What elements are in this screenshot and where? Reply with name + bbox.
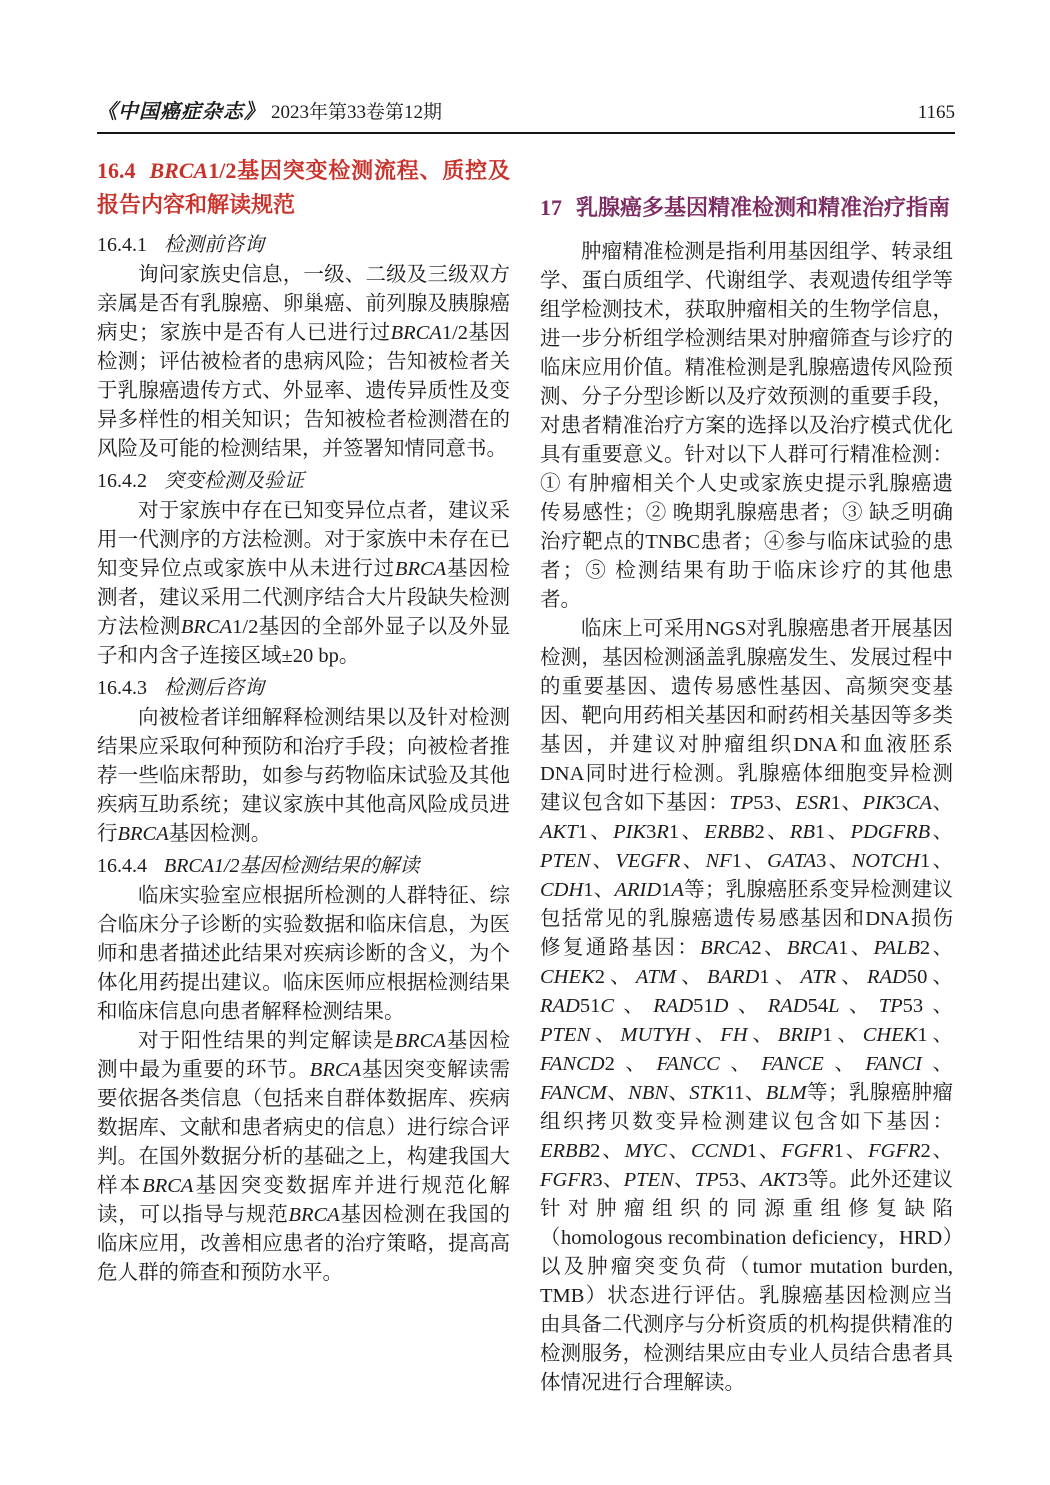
paragraph-17-a: 肿瘤精准检测是指利用基因组学、转录组学、蛋白质组学、代谢组学、表观遗传组学等组学…: [540, 238, 953, 615]
issue-info: 2023年第33卷第12期: [271, 102, 442, 123]
section-16-4-2-title: 突变检测及验证: [164, 470, 304, 492]
section-16-4-4-heading: 16.4.4BRCA1/2基因检测结果的解读: [97, 852, 510, 881]
section-17-number: 17: [540, 195, 562, 220]
page-number: 1165: [918, 101, 955, 125]
section-16-4-heading: 16.4BRCA1/2基因突变检测流程、质控及报告内容和解读规范: [97, 154, 510, 222]
journal-page: 《中国癌症杂志》2023年第33卷第12期 1165 16.4BRCA1/2基因…: [0, 0, 1050, 1485]
right-column: 17乳腺癌多基因精准检测和精准治疗指南 肿瘤精准检测是指利用基因组学、转录组学、…: [540, 147, 953, 1398]
section-16-4-1-heading: 16.4.1检测前咨询: [97, 231, 510, 260]
section-16-4-2-heading: 16.4.2突变检测及验证: [97, 467, 510, 496]
left-column: 16.4BRCA1/2基因突变检测流程、质控及报告内容和解读规范 16.4.1检…: [97, 147, 510, 1398]
masthead: 《中国癌症杂志》2023年第33卷第12期: [97, 100, 442, 125]
section-16-4-3-number: 16.4.3: [97, 677, 147, 699]
section-16-4-number: 16.4: [97, 158, 136, 183]
section-16-4-1-number: 16.4.1: [97, 234, 147, 256]
header-rule: [97, 132, 955, 134]
two-column-body: 16.4BRCA1/2基因突变检测流程、质控及报告内容和解读规范 16.4.1检…: [97, 147, 955, 1398]
paragraph-16-4-4-b: 对于阳性结果的判定解读是BRCA基因检测中最为重要的环节。BRCA基因突变解读需…: [97, 1027, 510, 1288]
journal-title: 《中国癌症杂志》: [97, 101, 265, 123]
paragraph-16-4-1: 询问家族史信息，一级、二级及三级双方亲属是否有乳腺癌、卵巢癌、前列腺及胰腺癌病史…: [97, 261, 510, 464]
running-head: 《中国癌症杂志》2023年第33卷第12期 1165: [97, 100, 955, 125]
section-16-4-3-title: 检测后咨询: [164, 677, 264, 699]
section-16-4-4-title: BRCA1/2基因检测结果的解读: [164, 855, 420, 877]
section-16-4-3-heading: 16.4.3检测后咨询: [97, 674, 510, 703]
section-16-4-4-number: 16.4.4: [97, 855, 147, 877]
section-16-4-title: BRCA1/2基因突变检测流程、质控及报告内容和解读规范: [97, 158, 510, 217]
paragraph-17-b: 临床上可采用NGS对乳腺癌患者开展基因检测，基因检测涵盖乳腺癌发生、发展过程中的…: [540, 615, 953, 1398]
section-16-4-1-title: 检测前咨询: [164, 234, 264, 256]
section-16-4-2-number: 16.4.2: [97, 470, 147, 492]
paragraph-16-4-4-a: 临床实验室应根据所检测的人群特征、综合临床分子诊断的实验数据和临床信息，为医师和…: [97, 882, 510, 1027]
paragraph-16-4-3: 向被检者详细解释检测结果以及针对检测结果应采取何种预防和治疗手段；向被检者推荐一…: [97, 704, 510, 849]
paragraph-16-4-2: 对于家族中存在已知变异位点者，建议采用一代测序的方法检测。对于家族中未存在已知变…: [97, 497, 510, 671]
section-17-title: 乳腺癌多基因精准检测和精准治疗指南: [576, 195, 950, 220]
section-17-heading: 17乳腺癌多基因精准检测和精准治疗指南: [540, 191, 953, 225]
